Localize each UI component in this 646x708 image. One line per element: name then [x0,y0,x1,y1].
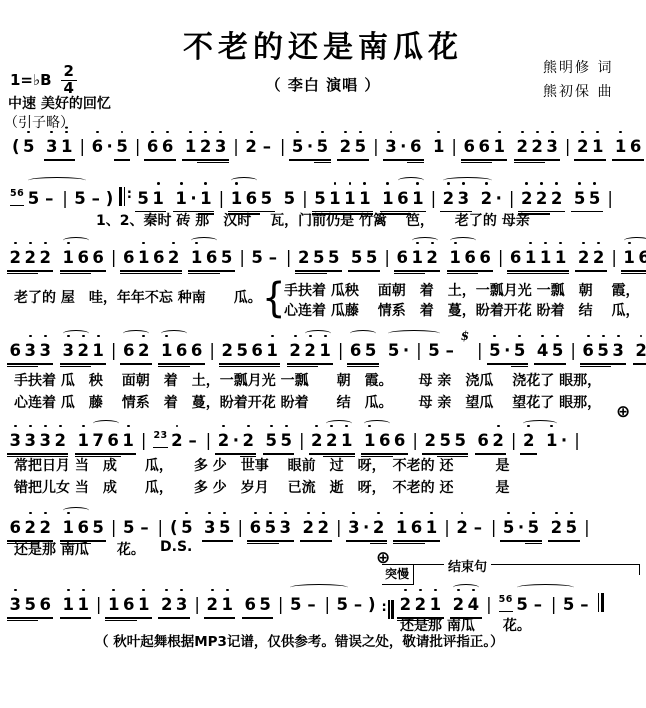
note: 5 [587,188,601,210]
barline: | [416,340,422,362]
note: 5 [315,136,329,158]
octave-dot [27,131,30,134]
slur: 16 [448,247,478,269]
barline: | [373,136,379,158]
octave-dot [536,131,539,134]
note: 1 [229,188,243,210]
octave-dot [541,335,544,338]
slur: 65 [348,340,378,362]
note: 5 [488,340,502,362]
note: 6 [628,136,642,158]
note: 6 [151,247,165,269]
augmentation-dot: · [516,517,525,539]
note: 3 [456,188,470,210]
repeat-end: : [382,598,395,620]
octave-dot [29,425,32,428]
note: 6 [90,136,104,158]
note: 2 [521,430,535,452]
note: 2 [479,188,493,210]
note: 6 [76,517,90,539]
barline: | [233,136,239,158]
note: 1 [339,430,353,452]
note: 1 [590,136,604,158]
octave-dot [640,335,643,338]
score-line-5: 33321761|232–|2·255|221166|25562|21·| [8,430,585,456]
slur: 5·|5 [386,340,441,362]
octave-dot [461,512,464,515]
note: 4 [535,340,549,362]
note: 3 [384,136,398,158]
lyrics-line-2: 1、2、秦时 砖 那 汉时 瓦，门前仍是 竹篱 笆， 老了的 母亲 [96,210,530,230]
octave-dot [324,335,327,338]
barline: | [111,247,117,269]
octave-dot [222,425,225,428]
octave-dot [498,131,501,134]
note: 3 [545,136,559,158]
note: 5 [564,517,578,539]
augmentation-dot: · [559,430,568,452]
octave-dot [596,131,599,134]
octave-dot [151,131,154,134]
octave-dot [29,512,32,515]
barline: | [157,517,163,539]
parenthesis: ( [12,136,20,158]
note: 1 [622,247,636,269]
slur: 32 [61,340,91,362]
note: 6 [250,340,264,362]
note: 5 [596,340,610,362]
lyrics-line-5-verse1: 常把日月 当 成 瓜， 多 少 世事 眼前 过 呀， 不老的 还 是 [14,455,510,475]
note: 2 [303,340,317,362]
note: 1 [199,188,213,210]
octave-dot [386,182,389,185]
note: 1 [174,188,188,210]
note: 6 [160,136,174,158]
augmentation-dot: · [231,430,240,452]
octave-dot [204,131,207,134]
octave-dot [67,512,70,515]
note: 1 [61,517,75,539]
key-label: 1=♭B [10,71,52,89]
barline: | [431,188,437,210]
octave-dot [430,512,433,515]
note: 2 [338,136,352,158]
score-line-6: 622165|5–|(535|65322|3·2161|2–|5·525| [8,517,595,539]
barline: | [62,188,68,210]
octave-dot [431,242,434,245]
note: 6 [174,340,188,362]
octave-dot [628,242,631,245]
note: 2 [591,247,605,269]
duration-dash: – [185,430,201,452]
note: 6 [395,247,409,269]
octave-dot [97,335,100,338]
octave-dot [507,512,510,515]
note: 2 [241,430,255,452]
octave-dot [195,242,198,245]
note: 6 [145,136,159,158]
note: 6 [581,340,595,362]
slur: 16 [362,430,392,452]
duration-dash: – [88,188,104,210]
note: 1 [91,340,105,362]
note: 2 [515,136,529,158]
note: 2 [244,136,258,158]
intro-note: （引子略） [4,112,74,132]
octave-dot [226,589,229,592]
slur: 16 [622,247,646,269]
note: 1 [428,594,442,616]
note: 2 [398,594,412,616]
note: 1 [358,188,372,210]
barline: | [135,136,141,158]
note: 5 [561,594,575,616]
barline: | [278,594,284,616]
note: 5 [515,594,529,616]
note: 5 [512,340,526,362]
note: 5 [23,594,37,616]
duration-dash: – [350,594,366,616]
note: 2 [23,517,37,539]
note: 6 [121,340,135,362]
note: 6 [121,594,135,616]
note: 2 [441,188,455,210]
note: 3 [38,340,52,362]
grace-notes: 23 [153,425,167,448]
note: 2 [310,430,324,452]
note: 6 [409,517,423,539]
note: 2 [534,188,548,210]
slur: 12 [410,247,440,269]
barline: | [239,247,245,269]
note: 6 [392,430,406,452]
octave-dot [485,182,488,185]
octave-dot [334,182,337,185]
final-barline [596,593,603,612]
octave-dot [65,131,68,134]
octave-dot [142,335,145,338]
octave-dot [493,335,496,338]
lyrics-line-4-verse2: 心连着 瓜 藤 情系 着 蔓，盼着开花 盼着 结 瓜。 母 亲 望瓜 望花了 眼… [14,392,601,412]
duration-dash: – [442,340,458,362]
octave-dot [497,425,500,428]
note: 6 [463,247,477,269]
octave-dot [555,512,558,515]
slur: 5–|5 [288,594,350,616]
octave-dot [349,182,352,185]
octave-dot [307,512,310,515]
score-line-4: 633321|62166|2561221|655·|5–$|5·545|6532… [8,340,646,363]
note: 2 [76,340,90,362]
note: 6 [637,247,646,269]
ending-section-label: 结束句 [444,556,491,575]
augmentation-dot: · [362,517,371,539]
coda-icon: ⊕ [616,402,630,422]
parenthesis: ) [106,188,114,210]
lyricist-credit: 熊明修 词 [543,57,613,77]
octave-dot [166,131,169,134]
octave-dot [172,242,175,245]
barline: | [565,136,571,158]
note: 5 [453,430,467,452]
note: 5 [363,340,377,362]
slur: 21 [521,430,559,452]
note: 5 [259,188,273,210]
octave-dot [82,335,85,338]
parenthesis: ( [170,517,178,539]
note: 1 [613,136,627,158]
slur: 16 [61,517,91,539]
octave-dot [44,425,47,428]
octave-dot [400,512,403,515]
barline: | [111,340,117,362]
augmentation-dot: · [503,340,512,362]
slur: 21 [324,430,354,452]
octave-dot [50,131,53,134]
note: 1 [538,247,552,269]
barline: | [336,517,342,539]
octave-dot [437,131,440,134]
ending-tempo-label: 突慢 [382,565,414,585]
note: 1 [523,247,537,269]
octave-dot [570,512,573,515]
note: 5 [258,594,272,616]
octave-dot [368,425,371,428]
ds-marking: D.S. [160,539,192,555]
octave-dot [344,131,347,134]
barline: | [412,430,418,452]
octave-dot [165,335,168,338]
note: 6 [106,430,120,452]
note: 2 [451,594,465,616]
note: 2 [38,517,52,539]
barline: | [206,430,212,452]
note: 1 [381,188,395,210]
augmentation-dot: · [105,136,114,158]
slur: 16 [159,340,189,362]
note: 6 [76,247,90,269]
octave-dot [617,335,620,338]
octave-dot [377,512,380,515]
note: 5 [121,517,135,539]
slur: 76 [91,430,121,452]
lyrics-line-5-verse2: 错把儿女 当 成 瓜， 多 少 岁月 已流 逝 呀， 不老的 还 是 [14,477,510,497]
note: 5 [364,247,378,269]
note: 2 [198,136,212,158]
octave-dot [529,242,532,245]
barline: | [570,340,576,362]
note: 5 [326,247,340,269]
augmentation-dot: · [399,136,408,158]
composer-credit: 熊初保 曲 [543,81,613,101]
octave-dot [180,182,183,185]
note: 5 [311,247,325,269]
octave-dot [363,182,366,185]
duration-dash: – [470,517,486,539]
note: 1 [328,188,342,210]
note: 6 [8,517,22,539]
barline: | [491,517,497,539]
octave-dot [619,131,622,134]
duration-dash: – [259,136,275,158]
octave-dot [82,589,85,592]
octave-dot [250,131,253,134]
note: 1 [106,594,120,616]
barline: | [384,247,390,269]
octave-dot [204,182,207,185]
note: 6 [348,340,362,362]
note: 2 [170,430,184,452]
octave-dot [602,335,605,338]
octave-dot [454,242,457,245]
octave-dot [447,182,450,185]
octave-dot [142,242,145,245]
note: 5 [250,247,264,269]
slur: 5–|5 [515,594,577,616]
slur: 232 [441,188,494,210]
note: 1 [60,136,74,158]
note: 6 [243,594,257,616]
note: 6 [8,340,22,362]
octave-dot [551,131,554,134]
note: 3 [611,340,625,362]
note: 5 [282,188,296,210]
note: 2 [159,594,173,616]
note: 1 [61,247,75,269]
note: 6 [189,340,203,362]
octave-dot [247,425,250,428]
note: 5 [264,430,278,452]
barline: | [194,594,200,616]
octave-dot [296,131,299,134]
octave-dot [14,242,17,245]
note: 2 [316,517,330,539]
octave-dot [540,182,543,185]
note: 1 [410,247,424,269]
lyrics-brace: { [262,274,286,321]
octave-dot [597,242,600,245]
note: 2 [423,430,437,452]
note: 7 [91,430,105,452]
note: 2 [530,136,544,158]
note: 1 [151,188,165,210]
octave-dot [67,335,70,338]
barline: | [498,247,504,269]
octave-dot [121,131,124,134]
note: 5 [218,517,232,539]
note: 6 [396,188,410,210]
octave-dot [525,182,528,185]
note: 1 [183,136,197,158]
note: 3 [8,594,22,616]
barline: | [574,430,580,452]
note: 5 [91,517,105,539]
barline: | [209,340,215,362]
note: 1 [189,247,203,269]
octave-dot [315,425,318,428]
slur: 62 [121,340,151,362]
note: 2 [216,430,230,452]
octave-dot [518,335,521,338]
octave-dot [294,335,297,338]
note: 1 [121,430,135,452]
octave-dot [223,512,226,515]
slur: 24 [451,594,481,616]
octave-dot [345,425,348,428]
slur: 61 [396,188,426,210]
note: 2 [324,430,338,452]
note: 5 [313,188,327,210]
octave-dot [67,242,70,245]
note: 5 [115,136,129,158]
octave-dot [29,335,32,338]
note: 6 [462,136,476,158]
duration-dash: – [530,594,546,616]
sheet-music-page: 不老的还是南瓜花 （ 李白 演唱 ） 熊明修 词 熊初保 曲 1=♭B24 中速… [0,0,646,708]
octave-dot [208,512,211,515]
octave-dot [269,512,272,515]
note: 1 [265,340,279,362]
note: 5 [263,517,277,539]
note: 2 [576,247,590,269]
note: 5 [353,136,367,158]
ending-bracket: 突慢 结束句 [382,564,640,577]
octave-dot [271,335,274,338]
note: 1 [343,188,357,210]
barline: | [324,594,330,616]
note: 2 [413,594,427,616]
octave-dot [352,512,355,515]
octave-dot [390,131,393,134]
octave-dot [165,589,168,592]
note: 1 [394,517,408,539]
octave-dot [44,335,47,338]
note: 2 [136,340,150,362]
octave-dot [29,242,32,245]
octave-dot [211,589,214,592]
note: 1 [544,430,558,452]
grace-notes: 56 [499,589,513,612]
slur: 16 [189,247,219,269]
note: 3 [203,517,217,539]
key-signature: 1=♭B24 [10,64,77,97]
note: 6 [204,247,218,269]
note: 5 [349,247,363,269]
note: 2 [23,247,37,269]
note: 5 [26,188,40,210]
lyrics-line-3-verse2: 心连着 瓜藤 情系 着 蔓，盼着开花 盼着 结 瓜， [284,300,640,320]
octave-dot [322,512,325,515]
note: 5 [438,430,452,452]
transcriber-note: （ 秋叶起舞根据MP3记谱，仅供参考。错误之处，敬请批评指正。） [95,630,504,650]
note: 2 [220,340,234,362]
note: 5 [279,430,293,452]
note: 1 [76,594,90,616]
note: 3 [23,340,37,362]
score-line-3: 222166|6162165|5–|25555|612166|611122|16… [8,247,646,269]
lyrics-line-4-verse1: 手扶着 瓜 秧 面朝 着 土，一瓢月光 一瓢 朝 霞。 母 亲 浇瓜 浇花了 眼… [14,370,601,390]
barline: | [286,247,292,269]
octave-dot [14,425,17,428]
note: 3 [61,340,75,362]
note: 2 [425,247,439,269]
barline: | [299,430,305,452]
time-signature: 24 [61,64,77,97]
octave-dot [462,182,465,185]
note: 6 [508,247,522,269]
octave-dot [44,242,47,245]
note: 2 [549,188,563,210]
